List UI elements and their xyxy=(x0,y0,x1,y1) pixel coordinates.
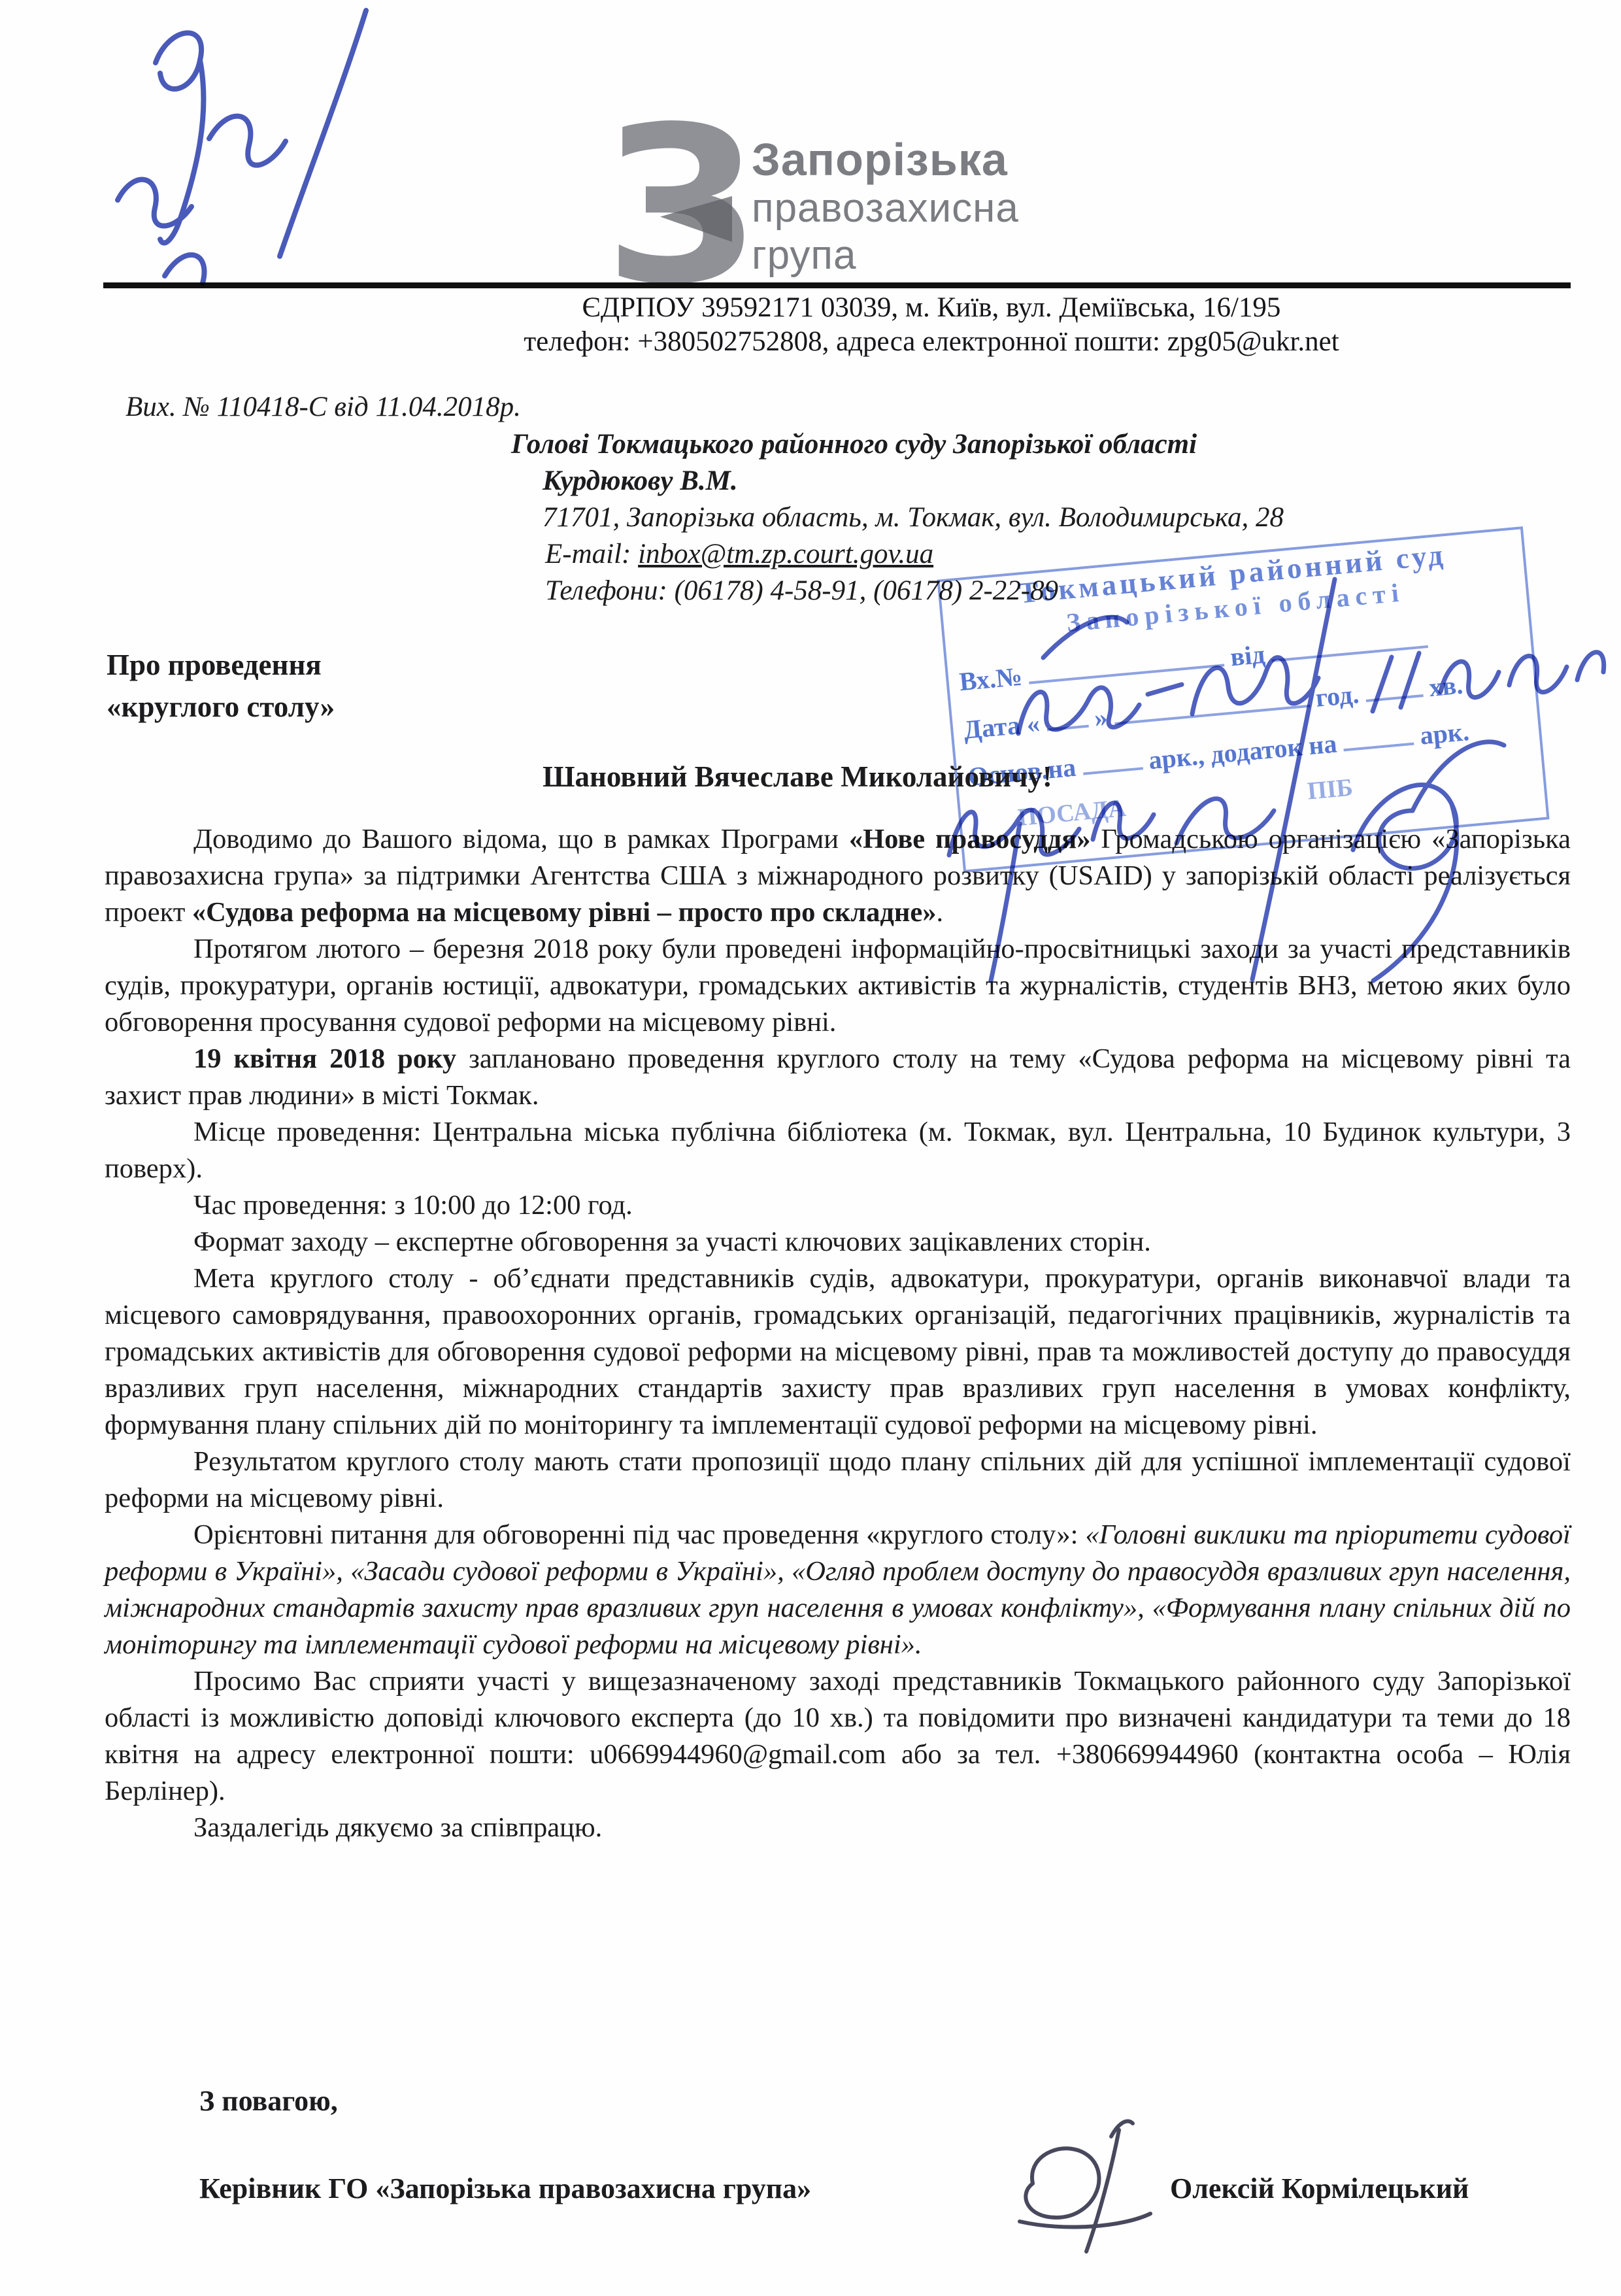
paragraph: 19 квітня 2018 року заплановано проведен… xyxy=(105,1041,1571,1114)
signatory-name: Олексій Кормілецький xyxy=(1170,2172,1469,2205)
paragraph-run: . xyxy=(937,897,944,928)
stamp-signer-gap xyxy=(1133,800,1302,815)
paragraph-run: Протягом лютого – березня 2018 року були… xyxy=(105,934,1571,1038)
letterhead-edrpou-line: ЄДРПОУ 39592171 03039, м. Київ, вул. Дем… xyxy=(242,292,1621,324)
paragraph: Протягом лютого – березня 2018 року були… xyxy=(105,931,1571,1041)
org-name-line3: група xyxy=(752,232,1019,279)
stamp-ark2-blank xyxy=(1342,720,1414,752)
paragraph: Мета круглого столу - об’єднати представ… xyxy=(105,1260,1571,1443)
addressee-address: 71701, Запорізька область, м. Токмак, ву… xyxy=(511,499,1284,536)
paragraph-run: Заздалегідь дякуємо за співпрацю. xyxy=(193,1812,602,1843)
stamp-ark2-label: арк. xyxy=(1418,717,1470,751)
letterhead-contact-line: телефон: +380502752808, адреса електронн… xyxy=(242,326,1621,358)
paragraph-run: Мета круглого столу - об’єднати представ… xyxy=(105,1263,1571,1440)
stamp-inno-blank xyxy=(1027,642,1224,684)
letterhead-divider xyxy=(103,282,1571,288)
paragraph-run: «Судова реформа на місцевому рівні – про… xyxy=(192,897,937,928)
stamp-vid-label: від xyxy=(1229,639,1266,672)
paragraph-run: Доводимо до Вашого відома, що в рамках П… xyxy=(193,824,849,854)
scanned-letter-page: З Запорізька правозахисна група ЄДРПОУ 3… xyxy=(0,0,1621,2296)
org-logo-text: Запорізька правозахисна група xyxy=(752,134,1019,279)
director-signature xyxy=(1020,2121,1150,2252)
subject-line1: Про проведення xyxy=(107,644,335,686)
subject-line2: «круглого столу» xyxy=(107,686,335,728)
paragraph: Доводимо до Вашого відома, що в рамках П… xyxy=(105,821,1571,931)
signatory-position: Керівник ГО «Запорізька правозахисна гру… xyxy=(199,2172,811,2205)
paragraph-run: Формат заходу – експертне обговорення за… xyxy=(193,1226,1151,1257)
org-name-line1: Запорізька xyxy=(752,134,1019,185)
stamp-date-close-quote: » xyxy=(1093,702,1109,733)
stamp-vid-blank xyxy=(1270,623,1428,662)
stamp-date-month-blank xyxy=(1112,683,1310,725)
email-label: E-mail: xyxy=(545,539,638,569)
paragraph: Результатом круглого столу мають стати п… xyxy=(105,1443,1571,1517)
paragraph-run: Орієнтовні питання для обговоренні під ч… xyxy=(193,1519,1085,1550)
stamp-khv-label: хв. xyxy=(1428,670,1463,702)
org-name-line2: правозахисна xyxy=(752,185,1019,232)
paragraph: Місце проведення: Центральна міська публ… xyxy=(105,1114,1571,1187)
paragraph-run: Просимо Вас сприяти участі у вищезазначе… xyxy=(105,1666,1571,1806)
paragraph: Формат заходу – експертне обговорення за… xyxy=(105,1224,1571,1260)
closing-line: З повагою, xyxy=(199,2084,338,2118)
greeting-line: Шановний Вячеславе Миколайовичу! xyxy=(105,760,1490,794)
subject-block: Про проведення «круглого столу» xyxy=(107,644,335,728)
paragraph: Орієнтовні питання для обговоренні під ч… xyxy=(105,1517,1571,1663)
paragraph: Час проведення: з 10:00 до 12:00 год. xyxy=(105,1187,1571,1224)
stamp-date-day-blank xyxy=(1044,703,1088,732)
addressee-title: Голові Токмацького районного суду Запорі… xyxy=(511,426,1284,463)
paragraph-run: Місце проведення: Центральна міська публ… xyxy=(105,1117,1571,1184)
paragraph-run: «Нове правосуддя» xyxy=(849,824,1091,854)
addressee-name: Курдюкову В.М. xyxy=(511,463,1284,499)
email-value: inbox@tm.zp.court.gov.ua xyxy=(638,539,933,569)
paragraph-run: Результатом круглого столу мають стати п… xyxy=(105,1446,1571,1513)
paragraph-run: Час проведення: з 10:00 до 12:00 год. xyxy=(193,1190,633,1221)
paragraph: Просимо Вас сприяти участі у вищезазначе… xyxy=(105,1663,1571,1810)
paragraph: Заздалегідь дякуємо за співпрацю. xyxy=(105,1810,1571,1846)
stamp-date-label: Дата « xyxy=(962,708,1041,744)
paragraph-run: 19 квітня 2018 року xyxy=(193,1043,456,1074)
stamp-inno-label: Вх.№ xyxy=(958,662,1024,697)
stamp-hod-blank xyxy=(1364,672,1424,702)
stamp-hod-label: год. xyxy=(1314,679,1360,713)
body-paragraphs: Доводимо до Вашого відома, що в рамках П… xyxy=(105,821,1571,1846)
outgoing-reference-line: Вих. № 110418-С від 11.04.2018р. xyxy=(125,391,521,423)
sender-initials-handwriting xyxy=(118,10,366,283)
